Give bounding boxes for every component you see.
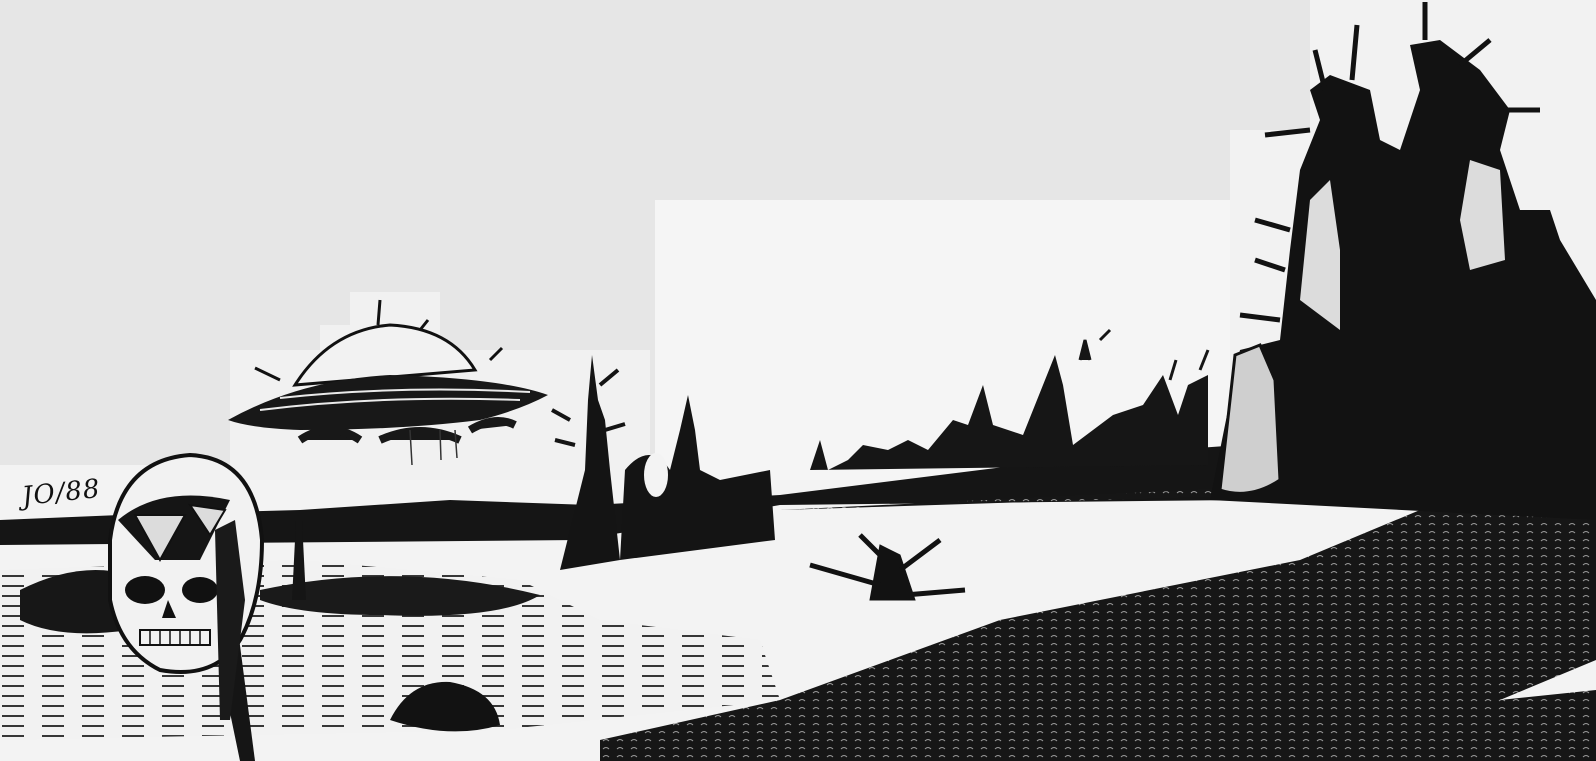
illustration-canvas [0, 0, 1596, 761]
